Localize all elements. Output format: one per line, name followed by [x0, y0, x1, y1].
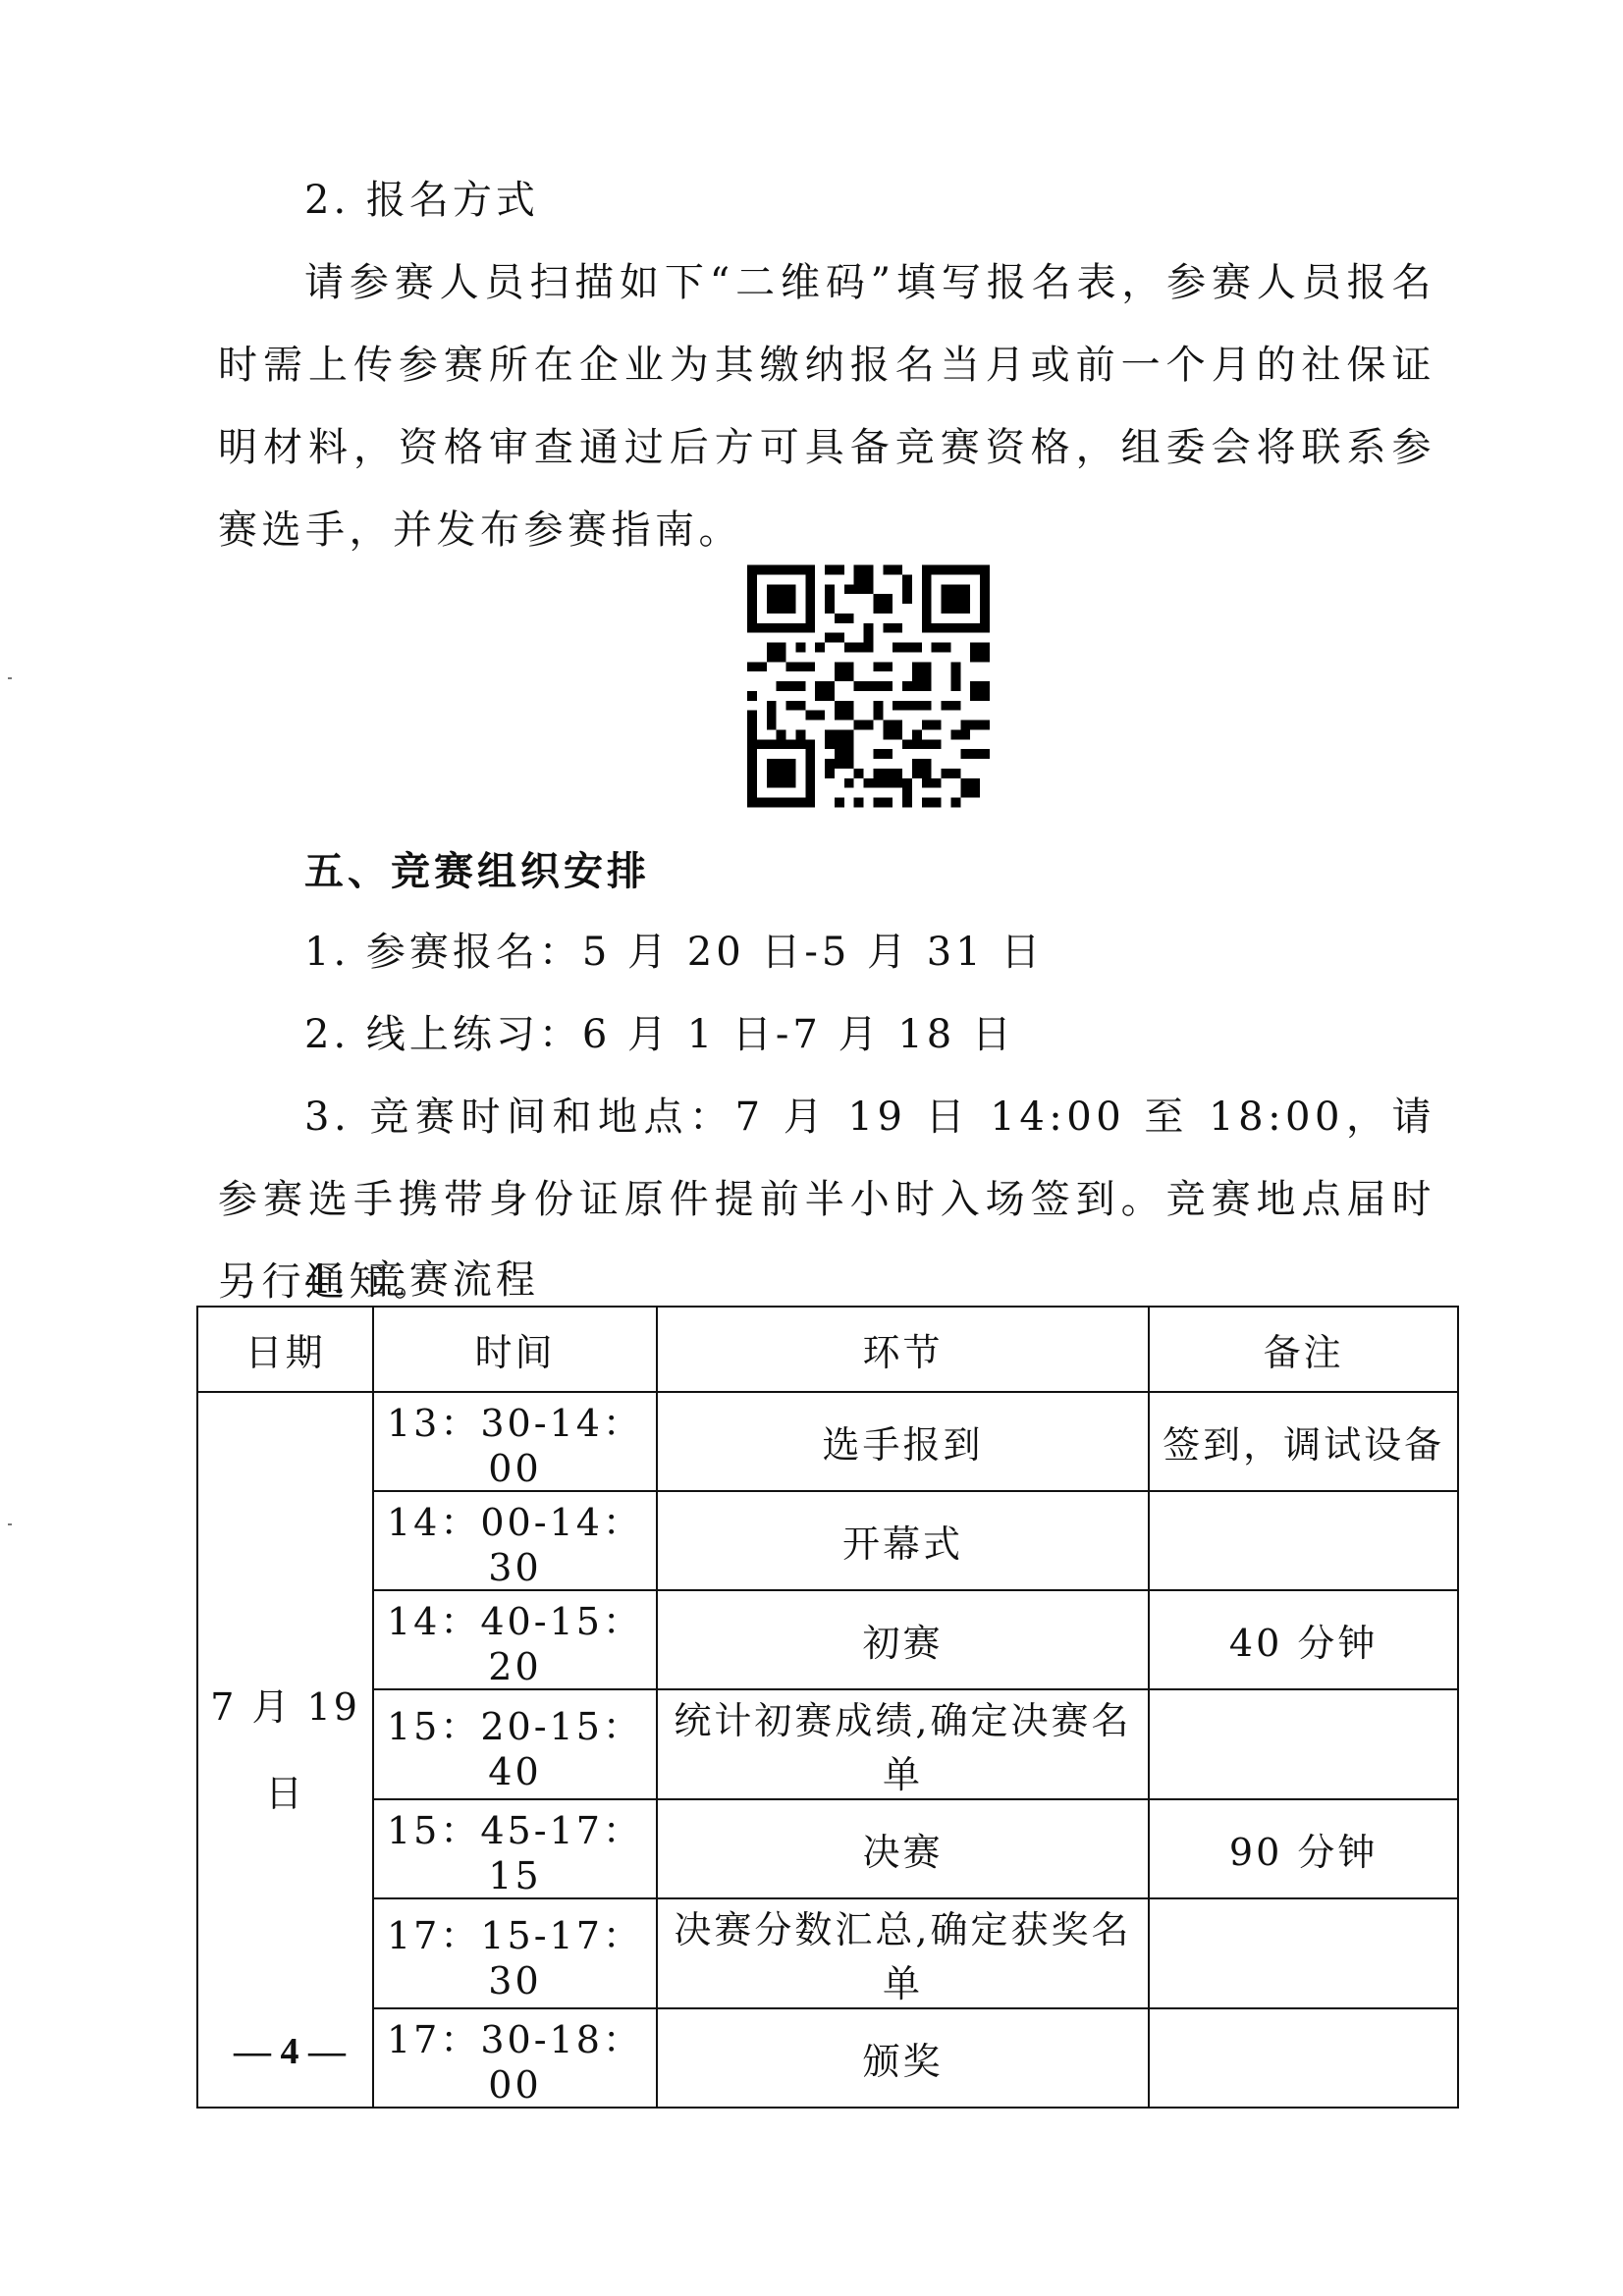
stage-cell: 颁奖 [657, 2008, 1150, 2108]
header-date: 日期 [197, 1307, 373, 1392]
table-row: 15：20-15：40 统计初赛成绩,确定决赛名单 [197, 1689, 1458, 1799]
organization-item-2: 2. 线上练习：6 月 1 日-7 月 18 日 [304, 1011, 1015, 1058]
note-cell: 40 分钟 [1149, 1590, 1458, 1689]
time-cell: 17：30-18：00 [373, 2008, 656, 2108]
header-stage: 环节 [657, 1307, 1150, 1392]
page-number: — 4 — [234, 2030, 346, 2073]
time-cell: 14：40-15：20 [373, 1590, 656, 1689]
qr-code-image [747, 563, 990, 809]
stage-cell: 统计初赛成绩,确定决赛名单 [657, 1689, 1150, 1799]
organization-heading: 五、竞赛组织安排 [304, 848, 650, 895]
date-cell: 7 月 19 日 [197, 1392, 373, 2108]
scan-mark [8, 677, 12, 679]
stage-cell: 开幕式 [657, 1491, 1150, 1590]
table-row: 15：45-17：15 决赛 90 分钟 [197, 1799, 1458, 1898]
stage-cell: 决赛分数汇总,确定获奖名单 [657, 1898, 1150, 2008]
stage-cell: 选手报到 [657, 1392, 1150, 1491]
registration-paragraph: 请参赛人员扫描如下“二维码”填写报名表，参赛人员报名时需上传参赛所在企业为其缴纳… [218, 241, 1435, 571]
scan-mark [8, 1523, 12, 1525]
note-cell [1149, 1689, 1458, 1799]
note-cell [1149, 1491, 1458, 1590]
note-cell: 90 分钟 [1149, 1799, 1458, 1898]
table-row: 17：15-17：30 决赛分数汇总,确定获奖名单 [197, 1898, 1458, 2008]
table-header-row: 日期 时间 环节 备注 [197, 1307, 1458, 1392]
note-cell: 签到，调试设备 [1149, 1392, 1458, 1491]
note-cell [1149, 1898, 1458, 2008]
stage-cell: 初赛 [657, 1590, 1150, 1689]
stage-cell: 决赛 [657, 1799, 1150, 1898]
table-row: 17：30-18：00 颁奖 [197, 2008, 1458, 2108]
time-cell: 14：00-14：30 [373, 1491, 656, 1590]
time-cell: 13：30-14：00 [373, 1392, 656, 1491]
schedule-table: 日期 时间 环节 备注 7 月 19 日 13：30-14：00 选手报到 签到… [196, 1306, 1459, 2109]
note-cell [1149, 2008, 1458, 2108]
header-note: 备注 [1149, 1307, 1458, 1392]
table-row: 14：40-15：20 初赛 40 分钟 [197, 1590, 1458, 1689]
organization-item-4: 4. 竞赛流程 [304, 1256, 539, 1304]
organization-item-1: 1. 参赛报名：5 月 20 日-5 月 31 日 [304, 929, 1044, 976]
header-time: 时间 [373, 1307, 656, 1392]
table-row: 7 月 19 日 13：30-14：00 选手报到 签到，调试设备 [197, 1392, 1458, 1491]
time-cell: 17：15-17：30 [373, 1898, 656, 2008]
time-cell: 15：20-15：40 [373, 1689, 656, 1799]
registration-subtitle: 2. 报名方式 [304, 177, 539, 224]
table-row: 14：00-14：30 开幕式 [197, 1491, 1458, 1590]
time-cell: 15：45-17：15 [373, 1799, 656, 1898]
